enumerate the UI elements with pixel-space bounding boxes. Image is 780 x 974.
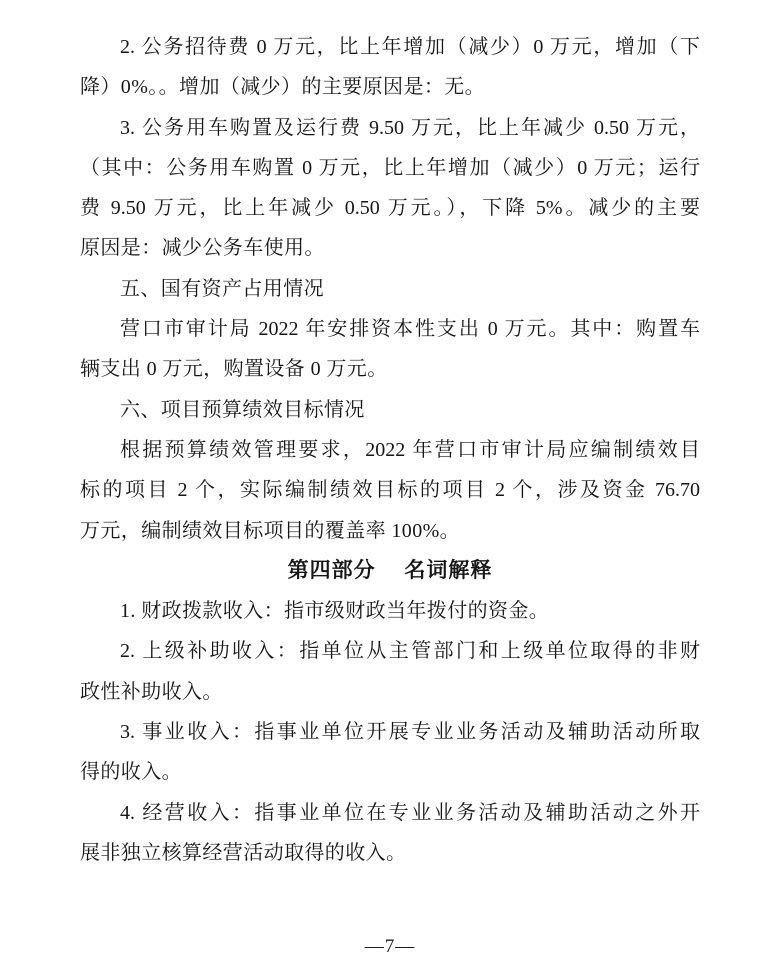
text-line: 万元，编制绩效目标项目的覆盖率 100%。 bbox=[80, 511, 700, 551]
page-number: —7— bbox=[0, 935, 780, 959]
text-line: 降）0%。。增加（减少）的主要原因是：无。 bbox=[80, 67, 700, 107]
text-line: 费 9.50 万元，比上年减少 0.50 万元。），下降 5%。减少的主要 bbox=[80, 188, 700, 228]
text-line: 2. 公务招待费 0 万元，比上年增加（减少）0 万元，增加（下 bbox=[80, 27, 700, 67]
text-line: 根据预算绩效管理要求，2022 年营口市审计局应编制绩效目 bbox=[80, 430, 700, 470]
definition-line: 政性补助收入。 bbox=[80, 672, 700, 712]
definition-line: 2. 上级补助收入：指单位从主管部门和上级单位取得的非财 bbox=[80, 631, 700, 671]
definition-line: 3. 事业收入：指事业单位开展专业业务活动及辅助活动所取 bbox=[80, 712, 700, 752]
document-page: 2. 公务招待费 0 万元，比上年增加（减少）0 万元，增加（下 降）0%。。增… bbox=[0, 0, 780, 974]
document-body: 2. 公务招待费 0 万元，比上年增加（减少）0 万元，增加（下 降）0%。。增… bbox=[80, 27, 700, 873]
text-line: 营口市审计局 2022 年安排资本性支出 0 万元。其中：购置车 bbox=[80, 309, 700, 349]
text-line: 辆支出 0 万元，购置设备 0 万元。 bbox=[80, 349, 700, 389]
text-line: 原因是：减少公务车使用。 bbox=[80, 228, 700, 268]
definition-line: 得的收入。 bbox=[80, 752, 700, 792]
section-heading-6: 六、项目预算绩效目标情况 bbox=[80, 390, 700, 430]
section-heading-5: 五、国有资产占用情况 bbox=[80, 269, 700, 309]
text-line: （其中：公务用车购置 0 万元，比上年增加（减少）0 万元；运行 bbox=[80, 148, 700, 188]
part-4-heading: 第四部分 名词解释 bbox=[80, 551, 700, 591]
definition-line: 展非独立核算经营活动取得的收入。 bbox=[80, 833, 700, 873]
definition-line: 4. 经营收入：指事业单位在专业业务活动及辅助活动之外开 bbox=[80, 793, 700, 833]
text-line: 标的项目 2 个，实际编制绩效目标的项目 2 个，涉及资金 76.70 bbox=[80, 470, 700, 510]
text-line: 3. 公务用车购置及运行费 9.50 万元，比上年减少 0.50 万元， bbox=[80, 108, 700, 148]
definition-line: 1. 财政拨款收入：指市级财政当年拨付的资金。 bbox=[80, 591, 700, 631]
